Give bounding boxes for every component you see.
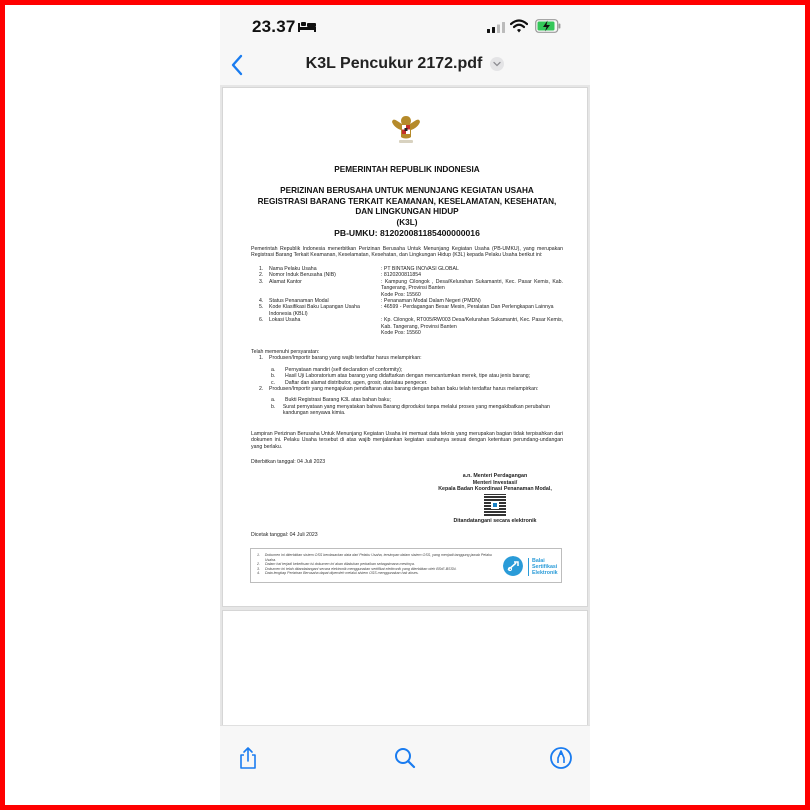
title-line: DAN LINGKUNGAN HIDUP [251,207,563,218]
document-title-block: PERIZINAN BERUSAHA UNTUK MENUNJANG KEGIA… [251,186,563,239]
issued-date: Diterbitkan tanggal: 04 Juli 2023 [251,459,563,465]
requirement-text: Produsen/Importir yang mengajukan pendaf… [269,386,538,392]
note-text: Dokumen ini diterbitkan sistem OSS berda… [265,553,497,562]
field-label: Alamat Kantor [269,279,381,298]
title-line: (K3L) [251,218,563,229]
document-title[interactable]: K3L Pencukur 2172.pdf [306,55,483,73]
field-row: 6.Lokasi Usaha: Kp. Cilongok, RT005/RW00… [251,317,563,336]
subitem-letter: b. [271,404,283,417]
bottom-toolbar [220,725,590,805]
pdf-page-1: PEMERINTAH REPUBLIK INDONESIA PERIZINAN … [223,88,587,606]
requirements: Telah memenuhi persyaratan:1.Produsen/Im… [251,349,563,417]
pdf-page-2 [223,611,587,731]
status-bar: 23.37 [220,5,590,47]
requirement-text: Produsen/Importir barang yang wajib terd… [269,355,422,361]
phone-screen: 23.37 [220,5,590,805]
field-value: : Kampung Cilongok , Desa/Kelurahan Suka… [381,279,563,298]
signature-line: Menteri Investasi/ [427,480,563,487]
field-value: : 46599 - Perdagangan Besar Mesin, Peral… [381,304,563,317]
chevron-down-icon [493,61,501,67]
closing-paragraph: Lampiran Perizinan Berusaha Untuk Menunj… [251,431,563,450]
status-time: 23.37 [252,17,296,37]
requirement-number: 2. [259,386,269,392]
markup-pen-icon[interactable] [549,746,573,770]
share-icon[interactable] [236,746,260,770]
field-row: 5.Kode Klasifikasi Baku Lapangan Usaha I… [251,304,563,317]
bse-text: Balai Sertifikasi Elektronik [528,558,558,576]
note-number: 4. [257,571,265,576]
footer-note: 1.Dokumen ini diterbitkan sistem OSS ber… [257,553,497,562]
battery-charging-icon [535,19,561,33]
signed-note: Ditandatangani secara elektronik [427,518,563,525]
title-line: PERIZINAN BERUSAHA UNTUK MENUNJANG KEGIA… [251,186,563,197]
signature-line: Kepala Badan Koordinasi Penanaman Modal, [427,486,563,493]
signature-block: a.n. Menteri Perdagangan Menteri Investa… [427,473,563,524]
footer-notes: 1.Dokumen ini diterbitkan sistem OSS ber… [257,553,497,576]
field-row: 3.Alamat Kantor: Kampung Cilongok , Desa… [251,279,563,298]
title-line: REGISTRASI BARANG TERKAIT KEAMANAN, KESE… [251,197,563,208]
bed-icon [298,20,316,32]
business-fields: 1.Nama Pelaku Usaha: PT BINTANG INOVASI … [251,266,563,336]
printed-date: Dicetak tanggal: 04 Juli 2023 [251,532,563,538]
intro-paragraph: Pemerintah Republik Indonesia menerbitka… [251,246,563,259]
field-number: 3. [251,279,269,298]
navigation-bar: K3L Pencukur 2172.pdf [220,47,590,85]
requirement-number: 1. [259,355,269,361]
pdf-viewer[interactable]: PEMERINTAH REPUBLIK INDONESIA PERIZINAN … [220,85,590,725]
signature-line: a.n. Menteri Perdagangan [427,473,563,480]
bse-line: Elektronik [532,570,558,576]
qr-code [484,494,506,516]
search-icon[interactable] [393,746,417,770]
document-title-area: K3L Pencukur 2172.pdf [220,55,590,73]
footer-note: 4.Data lengkap Perizinan Berusaha dapat … [257,571,497,576]
field-number: 5. [251,304,269,317]
requirement-item: 2.Produsen/Importir yang mengajukan pend… [251,386,563,392]
field-number: 6. [251,317,269,336]
field-label: Kode Klasifikasi Baku Lapangan Usaha Ind… [269,304,381,317]
note-number: 1. [257,553,265,562]
cellular-signal-icon [487,22,505,33]
pb-umku-number: PB-UMKU: 812020081185400000016 [251,228,563,239]
field-value: : Kp. Cilongok, RT005/RW003 Desa/Kelurah… [381,317,563,336]
gov-heading: PEMERINTAH REPUBLIK INDONESIA [251,165,563,174]
garuda-emblem [391,113,421,145]
field-label: Lokasi Usaha [269,317,381,336]
requirement-subitem: b.Surat pernyataan yang menyatakan bahwa… [251,404,563,417]
title-menu-button[interactable] [490,57,504,71]
subitem-text: Surat pernyataan yang menyatakan bahwa B… [283,404,563,417]
wifi-icon [510,19,528,33]
bse-logo: Balai Sertifikasi Elektronik [503,556,561,578]
bse-emblem-icon [503,556,523,576]
note-text: Data lengkap Perizinan Berusaha dapat di… [265,571,419,576]
footer-notes-box: 1.Dokumen ini diterbitkan sistem OSS ber… [250,548,562,583]
